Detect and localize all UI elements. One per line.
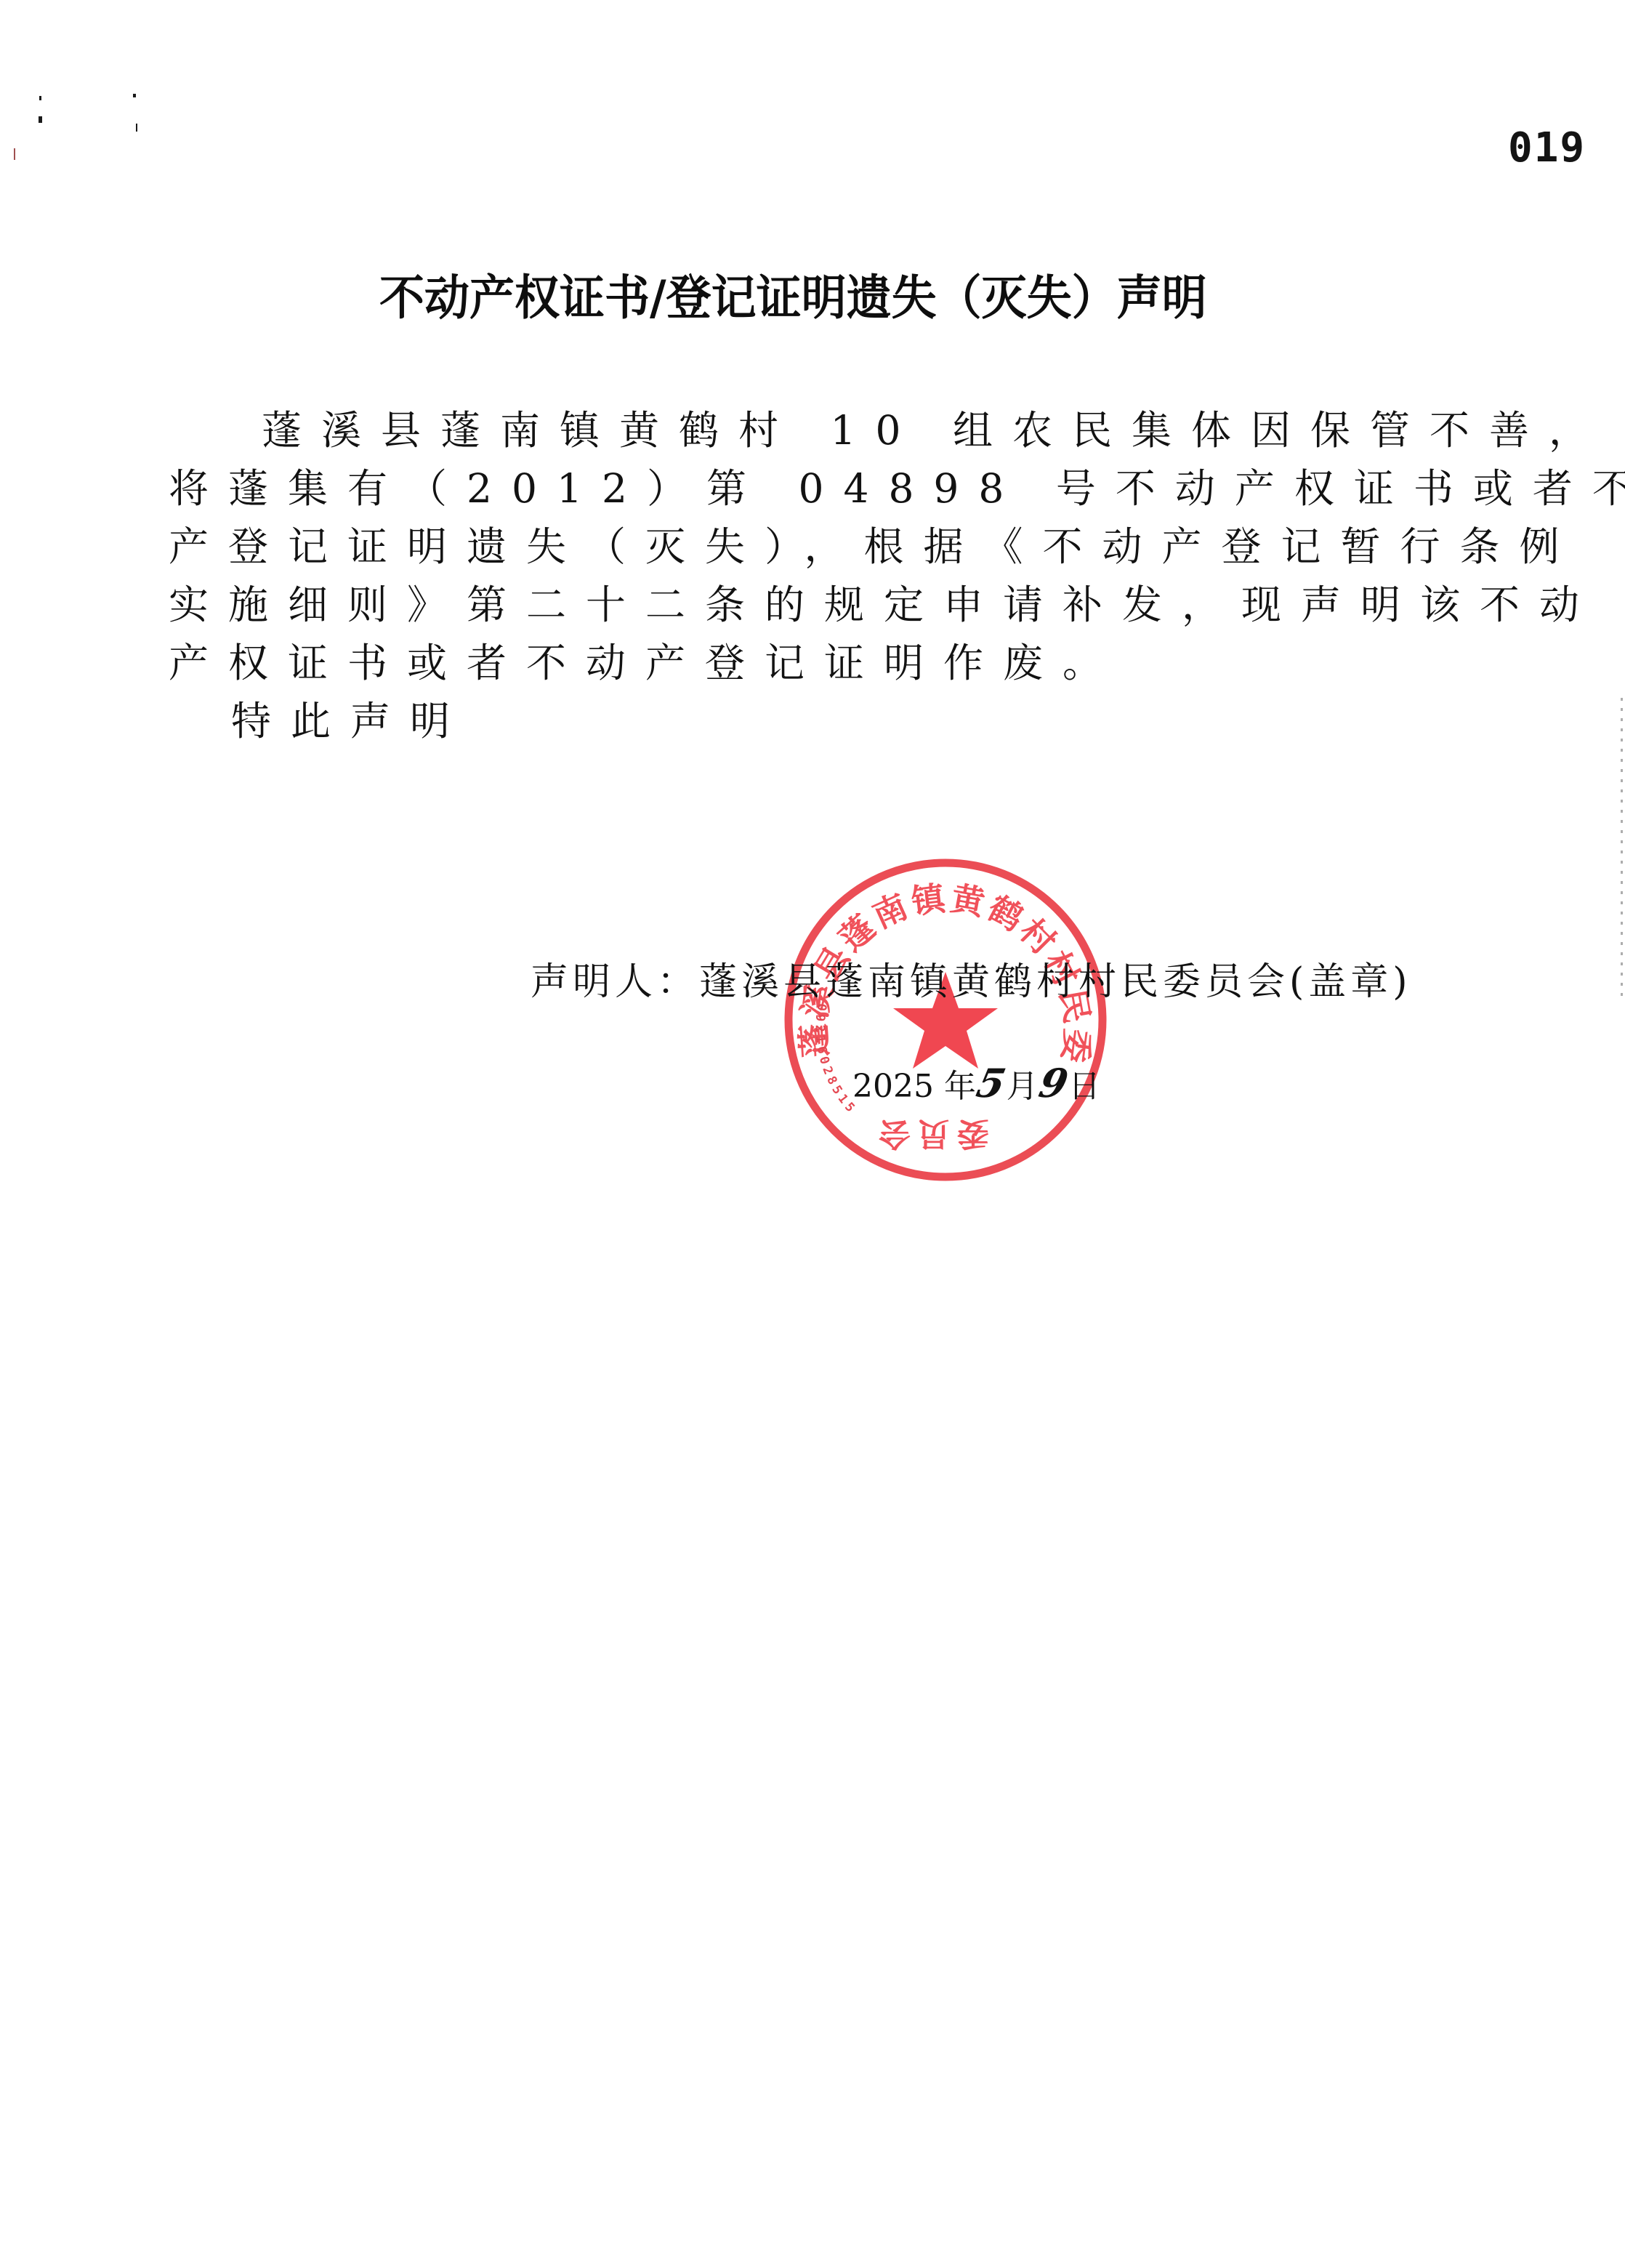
seal-graphic: 蓬溪县蓬南镇黄鹤村村民委员会 09216028515 委员会 [780,854,1111,1186]
date-day-label: 日 [1068,1068,1100,1105]
declarant-signature: 声明人：蓬溪县蓬南镇黄鹤村村民委员会(盖章) [531,957,1412,1008]
body-line: 实施细则》第二十二条的规定申请补发，现声明该不动 [169,576,1433,634]
scan-edge-noise [1621,698,1623,1003]
date-year-label: 年 [934,1068,976,1105]
seal-bottom-text: 委员会 [871,1115,989,1152]
scan-mark [14,148,15,160]
date-day-handwritten: 9 [1036,1063,1071,1103]
body-line: 产权证书或者不动产登记证明作废。 [169,634,1433,692]
date-month-handwritten: 5 [973,1063,1009,1103]
closing-line: 特此声明 [169,692,1433,750]
body-line: 产登记证明遗失（灭失），根据《不动产登记暂行条例 [169,518,1433,576]
page-number: 019 [1508,128,1586,169]
official-seal: 蓬溪县蓬南镇黄鹤村村民委员会 09216028515 委员会 [780,854,1111,1186]
scan-speck [133,94,136,97]
scan-speck [39,96,41,100]
scan-speck [136,124,137,132]
date-month-label: 月 [1007,1068,1039,1105]
body-line: 将蓬集有（2012）第 04898 号不动产权证书或者不动 [169,459,1433,518]
declaration-body: 蓬溪县蓬南镇黄鹤村 10 组农民集体因保管不善， 将蓬集有（2012）第 048… [169,401,1433,750]
scan-speck [39,116,42,123]
declaration-date: 2025 年5月9日 [852,1063,1100,1107]
body-line: 蓬溪县蓬南镇黄鹤村 10 组农民集体因保管不善， [169,401,1433,459]
date-year: 2025 [852,1068,934,1105]
document-title: 不动产权证书/登记证明遗失（灭失）声明 [379,269,1281,327]
